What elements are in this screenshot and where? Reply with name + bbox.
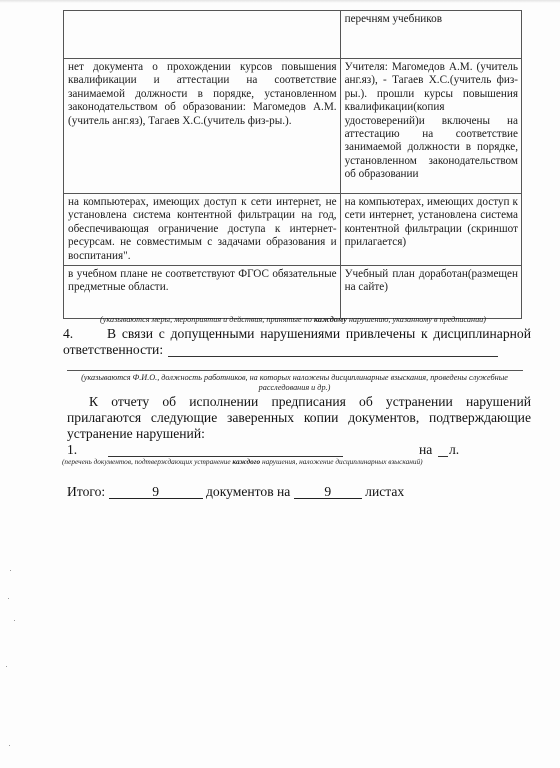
sheets-count-field[interactable]: 9	[294, 485, 362, 499]
disciplinary-input-line[interactable]	[168, 356, 498, 357]
violation-cell	[64, 11, 341, 59]
remedy-cell: Учителя: Магомедов А.М. (учитель анг.яз)…	[340, 59, 521, 194]
remedy-cell: на компьютерах, имеющих доступ к сети ин…	[340, 194, 521, 266]
documents-count-field[interactable]: 9	[109, 485, 203, 499]
attachment-item-on: на	[419, 442, 432, 458]
scan-speck	[6, 666, 7, 667]
attachments-intro-line2: прилагаются следующие заверенных копии д…	[67, 410, 531, 426]
table-footnote: (указываются меры, мероприятия и действи…	[58, 315, 528, 324]
violation-cell: нет документа о прохождении курсов повыш…	[64, 59, 341, 194]
section-4-line1: 4. В связи с допущенными нарушениями при…	[63, 326, 531, 342]
remedy-cell: перечням учебников	[340, 11, 521, 59]
attachments-footnote: (перечень документов, подтверждающих уст…	[62, 457, 502, 466]
attachments-intro-line3: устранение нарушений:	[67, 426, 205, 442]
scan-speck	[10, 570, 11, 571]
remedy-cell: Учебный план доработан(размещен на сайте…	[340, 266, 521, 319]
attachments-intro-line1: К отчету об исполнении предписания об ус…	[89, 394, 531, 410]
violation-cell: на компьютерах, имеющих доступ к сети ин…	[64, 194, 341, 266]
violation-cell: в учебном плане не соответствуют ФГОС об…	[64, 266, 341, 319]
total-line: Итого: 9 документов на 9 листах	[67, 484, 404, 500]
section-4-footnote: (указываются Ф.И.О., должность работнико…	[62, 373, 527, 393]
scan-edge	[0, 0, 560, 3]
table-row: на компьютерах, имеющих доступ к сети ин…	[64, 194, 522, 266]
violations-table: перечням учебников нет документа о прохо…	[63, 10, 522, 319]
scan-speck	[9, 745, 10, 746]
table-row: в учебном плане не соответствуют ФГОС об…	[64, 266, 522, 319]
table-row: перечням учебников	[64, 11, 522, 59]
table-row: нет документа о прохождении курсов повыш…	[64, 59, 522, 194]
disciplinary-input-line-2[interactable]	[67, 370, 523, 371]
attachment-pages-suffix: л.	[449, 442, 459, 458]
scan-speck	[14, 620, 15, 621]
attachment-item-number: 1.	[67, 442, 77, 458]
section-4-line2: ответственности:	[63, 342, 163, 358]
scan-speck	[8, 598, 9, 599]
